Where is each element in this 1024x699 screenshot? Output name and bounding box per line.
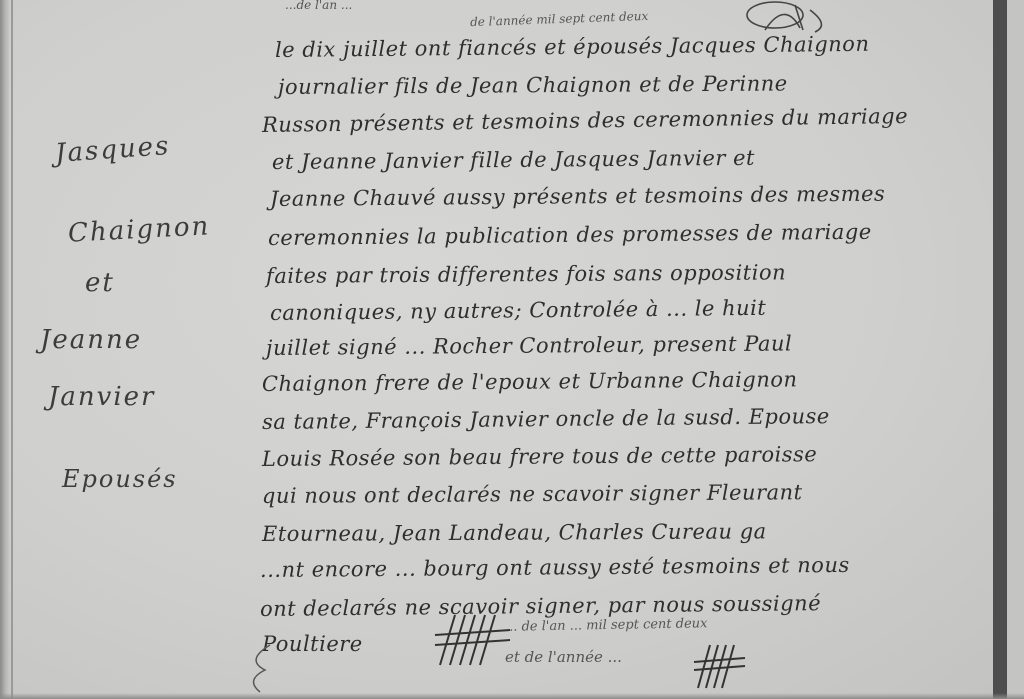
header-fragment: ...de l'an ... [285,0,352,12]
bottom-annotation-2: et de l'année ... [505,648,622,666]
paraph-scribble-icon [430,610,520,670]
body-line-7: faites par trois differentes fois sans o… [266,260,786,288]
body-line-9: juillet signé ... Rocher Controleur, pre… [266,331,792,360]
body-line-14: Etourneau, Jean Landeau, Charles Cureau … [262,519,767,546]
margin-married: Epousés [62,465,178,493]
interline-note: de l'année mil sept cent deux [470,9,649,29]
margin-rule [11,0,13,699]
body-line-16: ont declarés ne scavoir signer, par nous… [260,591,821,621]
body-line-8: canoniques, ny autres; Controlée à ... l… [270,296,767,325]
margin-bride-first-name: Jeanne [40,325,142,355]
body-line-13: qui nous ont declarés ne scavoir signer … [262,480,803,508]
body-line-3: Russon présents et tesmoins des ceremonn… [262,104,908,137]
page-bottom-shadow [0,693,1024,699]
facing-page-edge [1007,0,1024,699]
margin-groom-first-name: Jasques [54,131,171,169]
flourish-icon [735,0,845,45]
body-line-11: sa tante, François Janvier oncle de la s… [262,404,830,434]
body-line-4: et Jeanne Janvier fille de Jasques Janvi… [272,146,755,174]
margin-groom-surname: Chaignon [67,211,211,248]
page-left-edge [0,0,9,699]
body-line-12: Louis Rosée son beau frere tous de cette… [262,442,817,471]
margin-and: et [85,268,115,298]
page-binding-rule [993,0,1007,699]
register-page: ...de l'an ... de l'année mil sept cent … [0,0,1024,699]
margin-bride-surname: Janvier [48,382,156,412]
body-line-10: Chaignon frere de l'epoux et Urbanne Cha… [262,367,798,396]
paraph-scribble-icon [690,640,750,690]
body-line-2: journalier fils de Jean Chaignon et de P… [278,71,788,99]
flourish-icon [240,640,280,695]
bottom-annotation-1: ... de l'an ... mil sept cent deux [505,616,708,635]
body-line-5: Jeanne Chauvé aussy présents et tesmoins… [270,182,885,211]
body-line-6: ceremonnies la publication des promesses… [268,220,872,250]
body-line-15: ...nt encore ... bourg ont aussy esté te… [260,553,850,582]
